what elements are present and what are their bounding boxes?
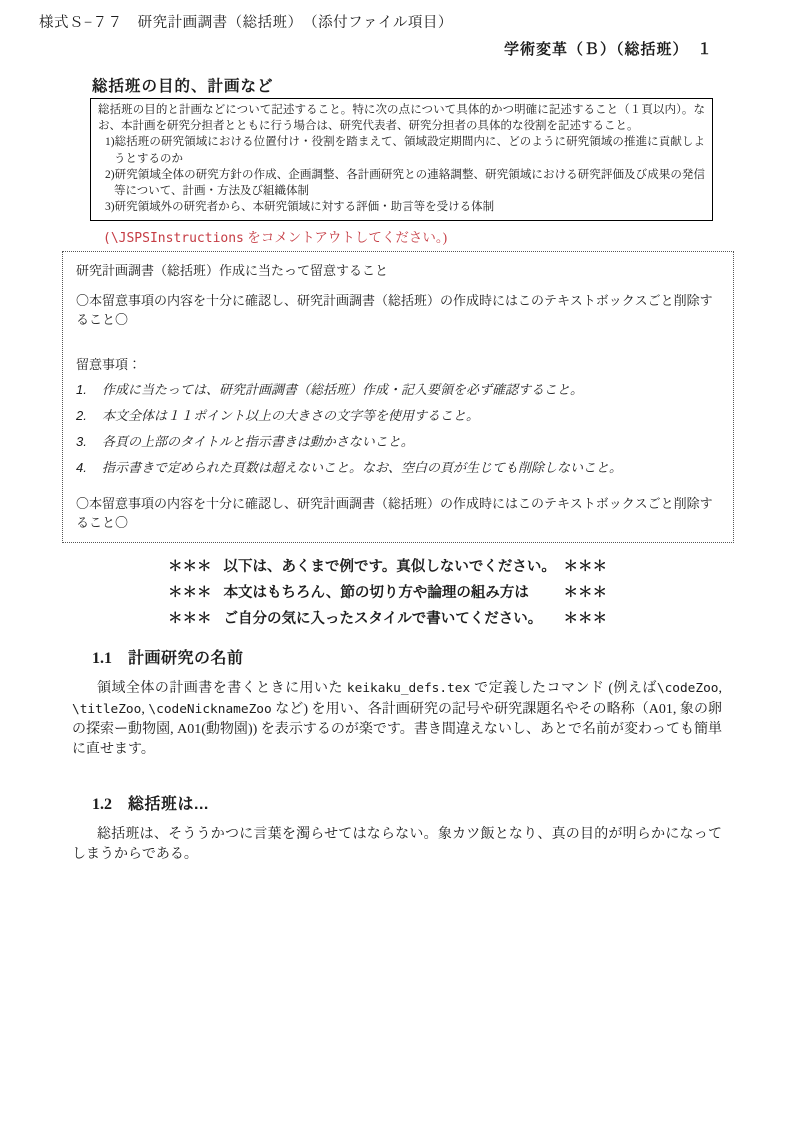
jsps-comment-note: (\JSPSInstructions をコメントアウトしてください。): [103, 228, 794, 249]
box-heading: 総括班の目的、計画など: [92, 77, 794, 96]
jsps-note-text: をコメントアウトしてください。): [244, 230, 447, 245]
section-title: 総括班は...: [128, 796, 209, 813]
star-marks: ＊＊＊: [168, 554, 212, 580]
notice-item-4: 4. 指示書きで定められた頁数は超えないこと。なお、空白の頁が生じても削除しない…: [76, 458, 720, 477]
section-number: 1.1: [92, 650, 112, 667]
body-text: で定義したコマンド (例えば: [470, 681, 657, 696]
notice-warning-bottom: 〇本留意事項の内容を十分に確認し、研究計画調書（総括班）の作成時にはこのテキスト…: [76, 494, 720, 532]
notice-items-label: 留意事項：: [76, 355, 720, 374]
notice-item-2: 2. 本文全体は１１ポイント以上の大きさの文字等を使用すること。: [76, 406, 720, 425]
body-text: 領域全体の計画書を書くときに用いた: [97, 681, 347, 696]
example-banner-row: ＊＊＊ 以下は、あくまで例です。真似しないでください。 ＊＊＊: [168, 554, 794, 580]
code-codezoo: \codeZoo: [657, 681, 719, 696]
example-banner-text: 本文はもちろん、節の切り方や論理の組み方は: [224, 580, 564, 606]
notice-box: 研究計画調書（総括班）作成に当たって留意すること 〇本留意事項の内容を十分に確認…: [62, 251, 734, 543]
example-banner-text: ご自分の気に入ったスタイルで書いてください。: [224, 606, 564, 632]
form-code-line: 様式Ｓ−７７ 研究計画調書（総括班） （添付ファイル項目）: [39, 14, 794, 32]
section-1-1-body: 領域全体の計画書を書くときに用いた keikaku_defs.tex で定義した…: [72, 679, 722, 760]
notice-item-1: 1. 作成に当たっては、研究計画調書（総括班）作成・記入要領を必ず確認すること。: [76, 380, 720, 399]
section-title: 計画研究の名前: [128, 650, 244, 667]
star-marks: ＊＊＊: [168, 580, 212, 606]
example-banner: ＊＊＊ 以下は、あくまで例です。真似しないでください。 ＊＊＊ ＊＊＊ 本文はも…: [168, 554, 794, 632]
section-1-1-heading: 1.1計画研究の名前: [92, 649, 794, 669]
notice-item-number: 4.: [76, 458, 102, 477]
star-marks: ＊＊＊: [564, 580, 608, 606]
section-number: 1.2: [92, 796, 112, 813]
page-header-right: 学術変革（Ｂ）（総括班） １: [0, 41, 713, 59]
notice-warning-top: 〇本留意事項の内容を十分に確認し、研究計画調書（総括班）の作成時にはこのテキスト…: [76, 291, 720, 329]
notice-item-text: 指示書きで定められた頁数は超えないこと。なお、空白の頁が生じても削除しないこと。: [102, 458, 622, 477]
example-banner-row: ＊＊＊ ご自分の気に入ったスタイルで書いてください。 ＊＊＊: [168, 606, 794, 632]
example-banner-row: ＊＊＊ 本文はもちろん、節の切り方や論理の組み方は ＊＊＊: [168, 580, 794, 606]
notice-item-3: 3. 各頁の上部のタイトルと指示書きは動かさないこと。: [76, 432, 720, 451]
section-1-2-heading: 1.2総括班は...: [92, 795, 794, 815]
body-text: ,: [719, 681, 723, 696]
latex-command-code: (\JSPSInstructions: [103, 231, 244, 246]
section-1-2-body: 総括班は、そううかつに言葉を濁らせてはならない。象カツ飯となり、真の目的が明らか…: [72, 825, 722, 866]
notice-item-text: 作成に当たっては、研究計画調書（総括班）作成・記入要領を必ず確認すること。: [102, 380, 583, 399]
notice-item-text: 各頁の上部のタイトルと指示書きは動かさないこと。: [102, 432, 414, 451]
instruction-item-3: 3)研究領域外の研究者から、本研究領域に対する評価・助言等を受ける体制: [98, 199, 705, 215]
notice-title: 研究計画調書（総括班）作成に当たって留意すること: [76, 261, 720, 280]
instruction-item-2: 2)研究領域全体の研究方針の作成、企画調整、各計画研究との連絡調整、研究領域にお…: [98, 167, 705, 199]
notice-item-number: 2.: [76, 406, 102, 425]
instruction-lead: 総括班の目的と計画などについて記述すること。特に次の点について具体的かつ明確に記…: [98, 102, 705, 134]
code-titlezoo: \titleZoo: [72, 702, 141, 717]
instruction-item-1: 1)総括班の研究領域における位置付け・役割を踏まえて、領域設定期間内に、どのよう…: [98, 134, 705, 166]
example-banner-text: 以下は、あくまで例です。真似しないでください。: [224, 554, 564, 580]
document-page: 様式Ｓ−７７ 研究計画調書（総括班） （添付ファイル項目） 学術変革（Ｂ）（総括…: [0, 0, 794, 1123]
notice-item-number: 1.: [76, 380, 102, 399]
code-keikaku-defs: keikaku_defs.tex: [347, 681, 470, 696]
star-marks: ＊＊＊: [564, 606, 608, 632]
notice-item-text: 本文全体は１１ポイント以上の大きさの文字等を使用すること。: [102, 406, 479, 425]
star-marks: ＊＊＊: [564, 554, 608, 580]
star-marks: ＊＊＊: [168, 606, 212, 632]
instruction-box: 総括班の目的と計画などについて記述すること。特に次の点について具体的かつ明確に記…: [90, 98, 713, 221]
code-codenicknamezoo: \codeNicknameZoo: [148, 702, 271, 717]
notice-item-number: 3.: [76, 432, 102, 451]
